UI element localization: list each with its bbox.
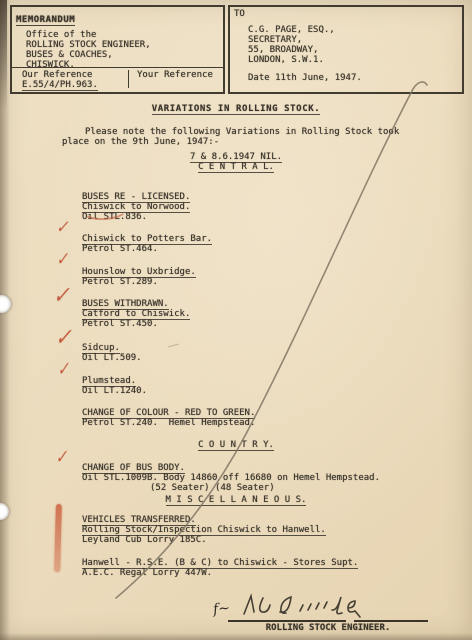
- memo-sender-box: MEMORANDUM Office of the ROLLING STOCK E…: [10, 5, 225, 94]
- signature-block: f~ ROLLING STOCK ENGINEER.: [206, 590, 446, 638]
- your-reference-cell: Your Reference: [129, 68, 213, 92]
- sender-address: Office of the ROLLING STOCK ENGINEER, BU…: [26, 30, 223, 70]
- entry-colour-change: CHANGE OF COLOUR - RED TO GREEN. Petrol …: [82, 408, 472, 428]
- entry-vehicle: Oil STL.836.: [82, 212, 472, 222]
- signature-rule: [228, 620, 428, 622]
- entry-bus-body-change: CHANGE OF BUS BODY. Oil STL.1009B. Body …: [82, 463, 472, 493]
- miscellaneous-section-heading: M I S C E L L A N E O U S.: [0, 495, 472, 505]
- our-reference-label: Our Reference: [22, 70, 128, 80]
- recipient-address-line: LONDON, S.W.1.: [248, 55, 462, 65]
- entry-buses-withdrawn: BUSES WITHDRAWN. Catford to Chiswick. Pe…: [82, 299, 472, 329]
- memo-recipient-box: TO C.G. PAGE, ESQ., SECRETARY, 55, BROAD…: [228, 5, 464, 94]
- memo-page: MEMORANDUM Office of the ROLLING STOCK E…: [0, 0, 472, 640]
- recipient-address-line: SECRETARY,: [248, 35, 462, 45]
- central-section-heading: C E N T R A L.: [0, 162, 472, 172]
- paper-top-left-corner-shadow: [0, 0, 7, 110]
- entry-vehicle: A.E.C. Regal Lorry 447W.: [82, 568, 472, 578]
- entry-vehicle: Petrol ST.450.: [82, 319, 472, 329]
- check-icon: ✓: [53, 286, 70, 304]
- sender-address-line: ROLLING STOCK ENGINEER,: [26, 40, 223, 50]
- check-icon: ✓: [57, 360, 70, 379]
- entry-hanwell-transfer: Hanwell - R.S.E. (B & C) to Chiswick - S…: [82, 558, 472, 578]
- entry-detail-2: (52 Seater) (48 Seater): [82, 483, 472, 493]
- recipient-address-line: 55, BROADWAY,: [248, 45, 462, 55]
- reference-row: Our Reference E.55/4/PH.963. Your Refere…: [12, 67, 223, 92]
- entry-uxbridge: Hounslow to Uxbridge. Petrol ST.289.: [82, 267, 472, 287]
- signer-role-label: ROLLING STOCK ENGINEER.: [228, 623, 428, 633]
- check-icon: ✓: [56, 250, 69, 268]
- nil-line: 7 & 8.6.1947 NIL.: [0, 152, 472, 162]
- document-title: VARIATIONS IN ROLLING STOCK.: [0, 104, 472, 114]
- check-icon: ✓: [55, 448, 68, 467]
- intro-paragraph: Please note the following Variations in …: [62, 127, 416, 147]
- entry-potters-bar: Chiswick to Potters Bar. Petrol ST.464.: [82, 234, 472, 254]
- check-icon: ✓: [56, 219, 69, 237]
- check-icon: ✓: [55, 328, 72, 346]
- entry-vehicle: Oil LT.1240.: [82, 386, 472, 396]
- entry-vehicles-transferred: VEHICLES TRANSFERRED. Rolling Stock/Insp…: [82, 515, 472, 545]
- entry-buses-relicensed: BUSES RE - LICENSED. Chiswick to Norwood…: [82, 192, 472, 222]
- entry-detail: Oil STL.1009B. Body 14860 off 16680 on H…: [82, 473, 472, 483]
- your-reference-label: Your Reference: [137, 70, 213, 80]
- entry-vehicle: Leyland Cub Lorry 185C.: [82, 535, 472, 545]
- country-section-heading: C O U N T R Y.: [0, 440, 472, 450]
- entry-vehicle: Petrol ST.289.: [82, 277, 472, 287]
- entry-plumstead: Plumstead. Oil LT.1240.: [82, 376, 472, 396]
- entry-sidcup: Sidcup. Oil LT.509.: [82, 343, 472, 363]
- for-mark: f~: [212, 601, 230, 617]
- recipient-address-line: C.G. PAGE, ESQ.,: [248, 25, 462, 35]
- our-reference-value: E.55/4/PH.963.: [22, 80, 98, 91]
- entry-vehicle: Oil LT.509.: [82, 353, 472, 363]
- sender-address-line: Office of the: [26, 30, 223, 40]
- entry-detail: Petrol ST.240. Hemel Hempstead.: [82, 418, 472, 428]
- recipient-address: C.G. PAGE, ESQ., SECRETARY, 55, BROADWAY…: [248, 25, 462, 65]
- our-reference-cell: Our Reference E.55/4/PH.963.: [12, 68, 128, 92]
- sender-address-line: BUSES & COACHES,: [26, 50, 223, 60]
- to-label: TO: [234, 9, 462, 19]
- date-line: Date 11th June, 1947.: [248, 73, 462, 83]
- handwritten-signature: [238, 590, 398, 622]
- memorandum-label: MEMORANDUM: [16, 15, 75, 26]
- entry-vehicle: Petrol ST.464.: [82, 244, 472, 254]
